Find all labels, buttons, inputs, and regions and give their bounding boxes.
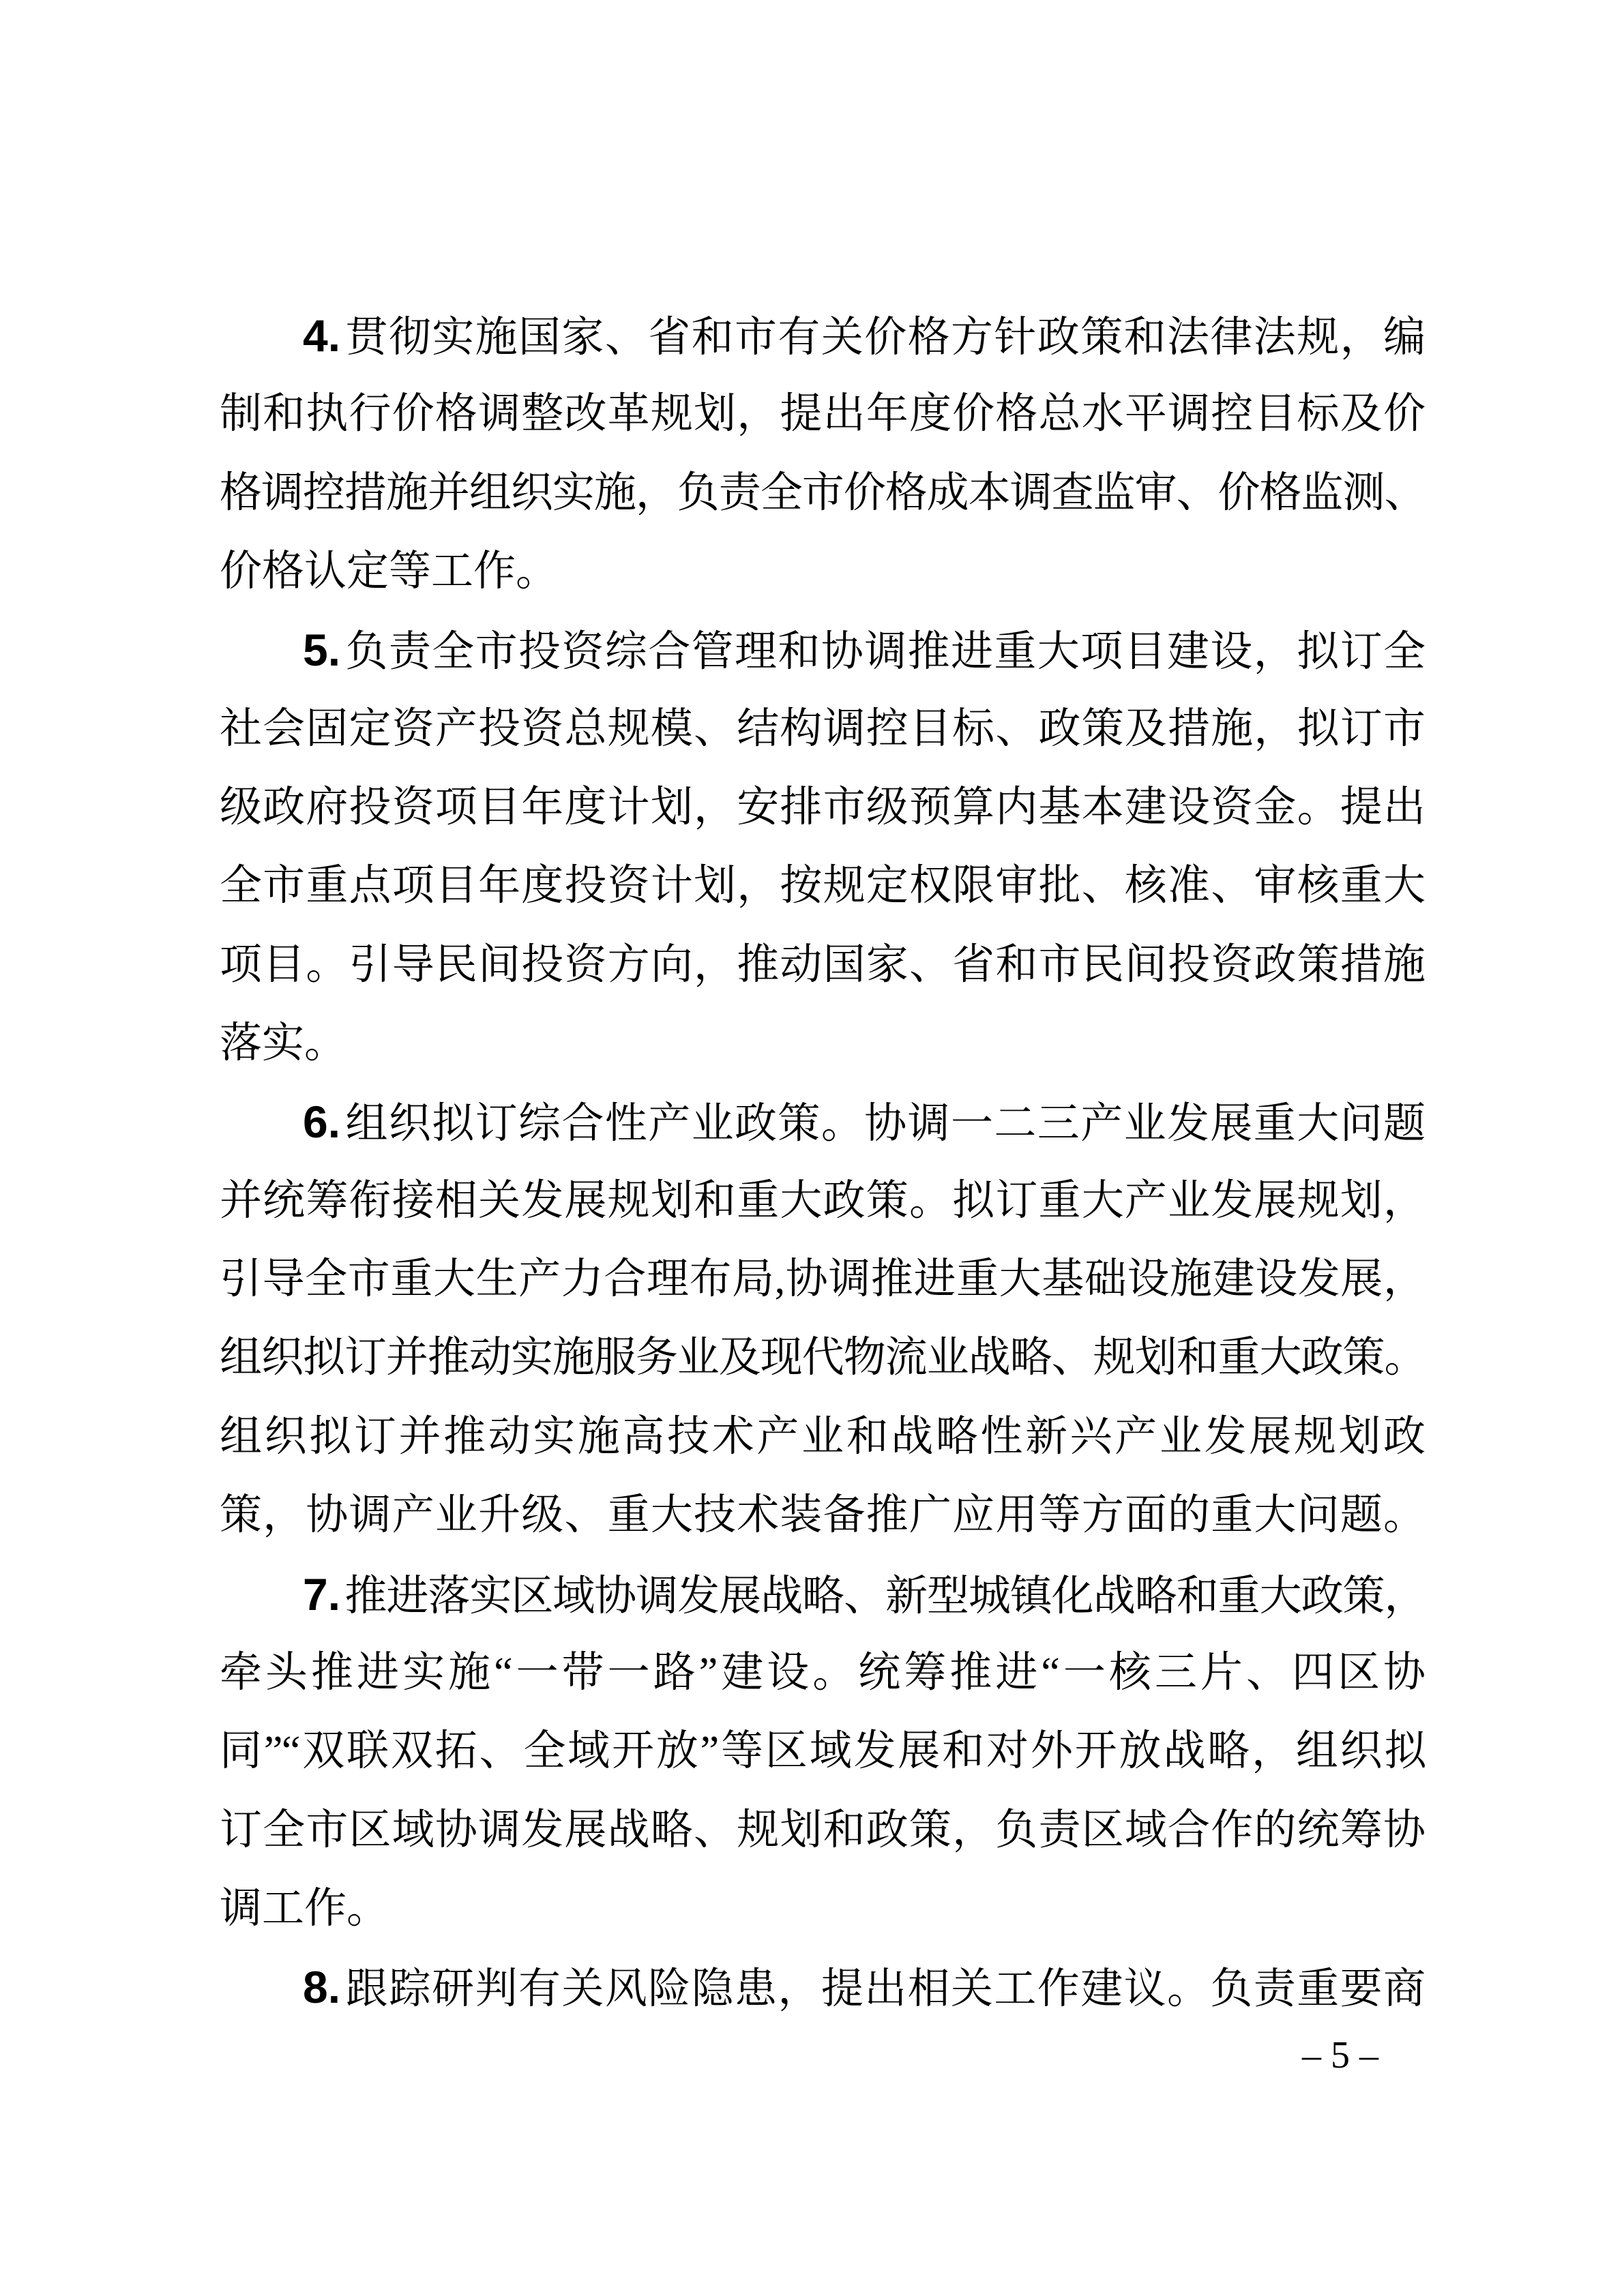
page-number: – 5 – bbox=[1286, 2033, 1395, 2077]
para-5-line-1: 5.负责全市投资综合管理和协调推进重大项目建设，拟订全 bbox=[220, 611, 1426, 689]
para-6-line-1: 6.组织拟订综合性产业政策。协调一二三产业发展重大问题 bbox=[220, 1083, 1426, 1161]
para-4-line-1-text: 贯彻实施国家、省和市有关价格方针政策和法律法规，编 bbox=[344, 314, 1426, 361]
para-4-line-1: 4.贯彻实施国家、省和市有关价格方针政策和法律法规，编 bbox=[220, 297, 1426, 375]
para-8-line-1: 8.跟踪研判有关风险隐患，提出相关工作建议。负责重要商 bbox=[220, 1948, 1426, 2027]
para-5-line-1-text: 负责全市投资综合管理和协调推进重大项目建设，拟订全 bbox=[344, 629, 1426, 675]
para-6-line-1-text: 组织拟订综合性产业政策。协调一二三产业发展重大问题 bbox=[344, 1101, 1426, 1147]
para-6-line-2: 并统筹衔接相关发展规划和重大政策。拟订重大产业发展规划， bbox=[220, 1162, 1426, 1240]
para-4-number: 4. bbox=[303, 310, 344, 361]
para-4-line-2: 制和执行价格调整改革规划，提出年度价格总水平调控目标及价 bbox=[220, 375, 1426, 453]
para-6-line-3: 引导全市重大生产力合理布局,协调推进重大基础设施建设发展， bbox=[220, 1240, 1426, 1319]
para-8-number: 8. bbox=[303, 1962, 344, 2012]
para-7-line-5: 调工作。 bbox=[220, 1870, 1426, 1948]
para-5-line-4: 全市重点项目年度投资计划，按规定权限审批、核准、审核重大 bbox=[220, 847, 1426, 925]
para-6-line-5: 组织拟订并推动实施高技术产业和战略性新兴产业发展规划政 bbox=[220, 1398, 1426, 1476]
para-7-line-1: 7.推进落实区域协调发展战略、新型城镇化战略和重大政策， bbox=[220, 1555, 1426, 1634]
document-page: 4.贯彻实施国家、省和市有关价格方针政策和法律法规，编 制和执行价格调整改革规划… bbox=[0, 0, 1624, 2296]
para-5-line-2: 社会固定资产投资总规模、结构调控目标、政策及措施，拟订市 bbox=[220, 690, 1426, 769]
para-7-line-3: 同”“双联双拓、全域开放”等区域发展和对外开放战略，组织拟 bbox=[220, 1712, 1426, 1791]
para-7-number: 7. bbox=[303, 1569, 344, 1620]
para-7-line-2: 牵头推进实施“一带一路”建设。统筹推进“一核三片、四区协 bbox=[220, 1634, 1426, 1712]
para-8-line-1-text: 跟踪研判有关风险隐患，提出相关工作建议。负责重要商 bbox=[344, 1966, 1426, 2012]
para-5-line-6: 落实。 bbox=[220, 1004, 1426, 1083]
para-6-line-6: 策，协调产业升级、重大技术装备推广应用等方面的重大问题。 bbox=[220, 1476, 1426, 1555]
para-7-line-1-text: 推进落实区域协调发展战略、新型城镇化战略和重大政策， bbox=[344, 1573, 1426, 1620]
text-block: 4.贯彻实施国家、省和市有关价格方针政策和法律法规，编 制和执行价格调整改革规划… bbox=[220, 297, 1426, 2027]
para-5-line-3: 级政府投资项目年度计划，安排市级预算内基本建设资金。提出 bbox=[220, 769, 1426, 847]
para-4-line-4: 价格认定等工作。 bbox=[220, 533, 1426, 611]
para-5-line-5: 项目。引导民间投资方向，推动国家、省和市民间投资政策措施 bbox=[220, 926, 1426, 1004]
para-5-number: 5. bbox=[303, 625, 344, 675]
para-7-line-4: 订全市区域协调发展战略、规划和政策，负责区域合作的统筹协 bbox=[220, 1791, 1426, 1870]
para-6-line-4: 组织拟订并推动实施服务业及现代物流业战略、规划和重大政策。 bbox=[220, 1319, 1426, 1397]
para-4-line-3: 格调控措施并组织实施，负责全市价格成本调查监审、价格监测、 bbox=[220, 454, 1426, 533]
para-6-number: 6. bbox=[303, 1097, 344, 1147]
